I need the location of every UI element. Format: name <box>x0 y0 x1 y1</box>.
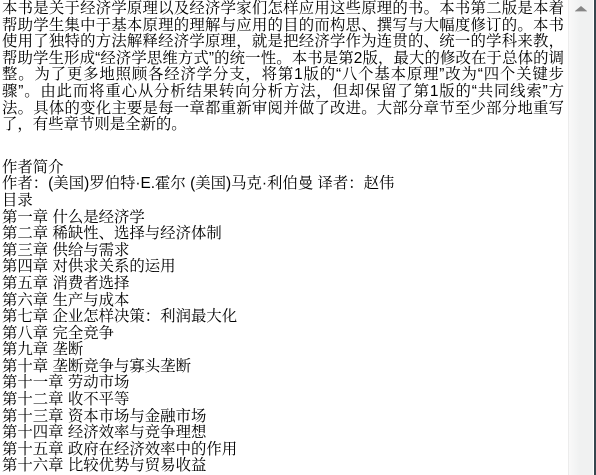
toc-chapter: 第四章 对供求关系的运用 <box>2 259 564 276</box>
toc-chapter: 第十五章 政府在经济效率中的作用 <box>2 442 564 459</box>
scrollbar-track[interactable] <box>569 17 593 475</box>
toc-chapter: 第一章 什么是经济学 <box>2 210 564 227</box>
toc-chapter: 第六章 生产与成本 <box>2 293 564 310</box>
author-section-heading: 作者简介 <box>2 160 564 177</box>
toc-chapter: 第八章 完全竞争 <box>2 326 564 343</box>
toc-chapter: 第十四章 经济效率与竞争理想 <box>2 425 564 442</box>
toc-chapter: 第十一章 劳动市场 <box>2 375 564 392</box>
toc-heading: 目录 <box>2 193 564 210</box>
toc-chapter: 第三章 供给与需求 <box>2 243 564 260</box>
toc-chapter: 第七章 企业怎样决策：利润最大化 <box>2 309 564 326</box>
toc-chapter: 第二章 稀缺性、选择与经济体制 <box>2 226 564 243</box>
authors-line: 作者：(美国)罗伯特·E.霍尔 (美国)马克·利伯曼 译者：赵伟 <box>2 176 564 193</box>
toc-chapter: 第十三章 资本市场与金融市场 <box>2 409 564 426</box>
scroll-up-button[interactable] <box>569 0 593 17</box>
toc-chapter: 第十二章 收不平等 <box>2 392 564 409</box>
book-description: 本书是关于经济学原理以及经济学家们怎样应用这些原理的书。本书第二版是本着帮助学生… <box>2 1 564 134</box>
toc-chapter: 第九章 垄断 <box>2 342 564 359</box>
toc-chapter: 第十章 垄断竞争与寡头垄断 <box>2 359 564 376</box>
toc-chapter: 第十六章 比较优势与贸易收益 <box>2 458 564 475</box>
scroll-up-arrow-icon <box>575 6 587 11</box>
book-detail-text: 本书是关于经济学原理以及经济学家们怎样应用这些原理的书。本书第二版是本着帮助学生… <box>2 1 564 475</box>
toc-chapter: 第五章 消费者选择 <box>2 276 564 293</box>
vertical-scrollbar[interactable] <box>568 0 593 475</box>
